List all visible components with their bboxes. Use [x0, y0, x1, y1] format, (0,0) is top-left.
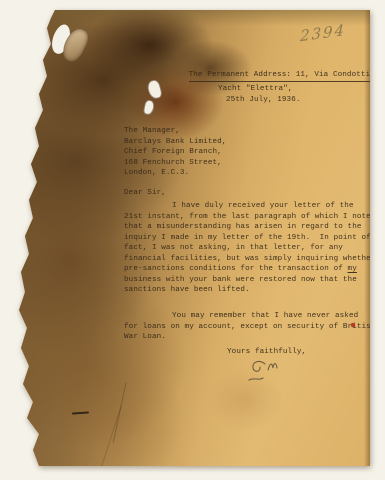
- body-line: sanctions have been lifted.: [124, 285, 375, 296]
- body-text: War Loan.: [124, 333, 166, 341]
- body-text: sanctions have been lifted.: [124, 286, 250, 294]
- body-line: that a misunderstanding has arisen in re…: [124, 222, 375, 233]
- letterhead-text: The Permanent Address: 11, Via Condotti,…: [189, 70, 385, 83]
- body-line: for loans on my account, except on secur…: [124, 322, 375, 333]
- recipient-line: Barclays Bank Limited,: [124, 137, 226, 148]
- body-text: financial facilities, but was simply inq…: [124, 255, 375, 263]
- body-line: You may remember that I have never asked: [124, 311, 375, 322]
- body-text: I have duly received your letter of the: [172, 202, 354, 210]
- scratch-line: [101, 405, 122, 466]
- recipient-line: The Manager,: [124, 126, 226, 137]
- paragraph-2: You may remember that I have never asked…: [124, 311, 375, 343]
- body-line: fact, I was not asking, in that letter, …: [124, 243, 375, 254]
- red-ink-dot: [351, 323, 355, 327]
- ink-mark: [72, 411, 89, 414]
- archive-number: 2394: [300, 21, 346, 46]
- paper: 2394 The Permanent Address: 11, Via Cond…: [15, 10, 370, 466]
- underlined-word: my: [348, 265, 357, 273]
- paper-wrapper: 2394 The Permanent Address: 11, Via Cond…: [15, 10, 370, 466]
- recipient-block: The Manager, Barclays Bank Limited, Chie…: [124, 126, 226, 179]
- letter-content: 2394 The Permanent Address: 11, Via Cond…: [15, 10, 370, 466]
- body-line: 21st instant, from the last paragraph of…: [124, 212, 375, 223]
- body-line: I have duly received your letter of the: [124, 201, 375, 212]
- body-text: 21st instant, from the last paragraph of…: [124, 213, 371, 221]
- letter-scan: 2394 The Permanent Address: 11, Via Cond…: [0, 0, 385, 480]
- body-text: business with your bank were restored no…: [124, 276, 357, 284]
- body-line: inquiry I made in my letter of the 19th.…: [124, 233, 375, 244]
- body-text: for loans on my account, except on secur…: [124, 323, 375, 331]
- body-text: You may remember that I have never asked: [172, 312, 358, 320]
- body-text: fact, I was not asking, in that letter, …: [124, 244, 343, 252]
- body-text: inquiry I made in my letter of the 19th.…: [124, 234, 371, 242]
- body-text: that a misunderstanding has arisen in re…: [124, 223, 362, 231]
- recipient-line: Chief Foreign Branch,: [124, 147, 226, 158]
- recipient-line: London, E.C.3.: [124, 168, 226, 179]
- scratch-line: [113, 383, 127, 444]
- body-line: business with your bank were restored no…: [124, 275, 375, 286]
- date-line: 25th July, 1936.: [226, 95, 301, 106]
- body-line: War Loan.: [124, 332, 375, 343]
- salutation: Dear Sir,: [124, 188, 166, 199]
- letterhead-address: The Permanent Address: 11, Via Condotti,…: [142, 59, 385, 70]
- signature: [235, 356, 305, 396]
- body-line: pre-sanctions conditions for the transac…: [124, 264, 375, 275]
- paragraph-1: I have duly received your letter of the …: [124, 201, 375, 296]
- recipient-line: 168 Fenchurch Street,: [124, 158, 226, 169]
- body-line: financial facilities, but was simply inq…: [124, 254, 375, 265]
- body-text: pre-sanctions conditions for the transac…: [124, 265, 348, 273]
- yacht-line: Yacht "Elettra",: [218, 84, 293, 95]
